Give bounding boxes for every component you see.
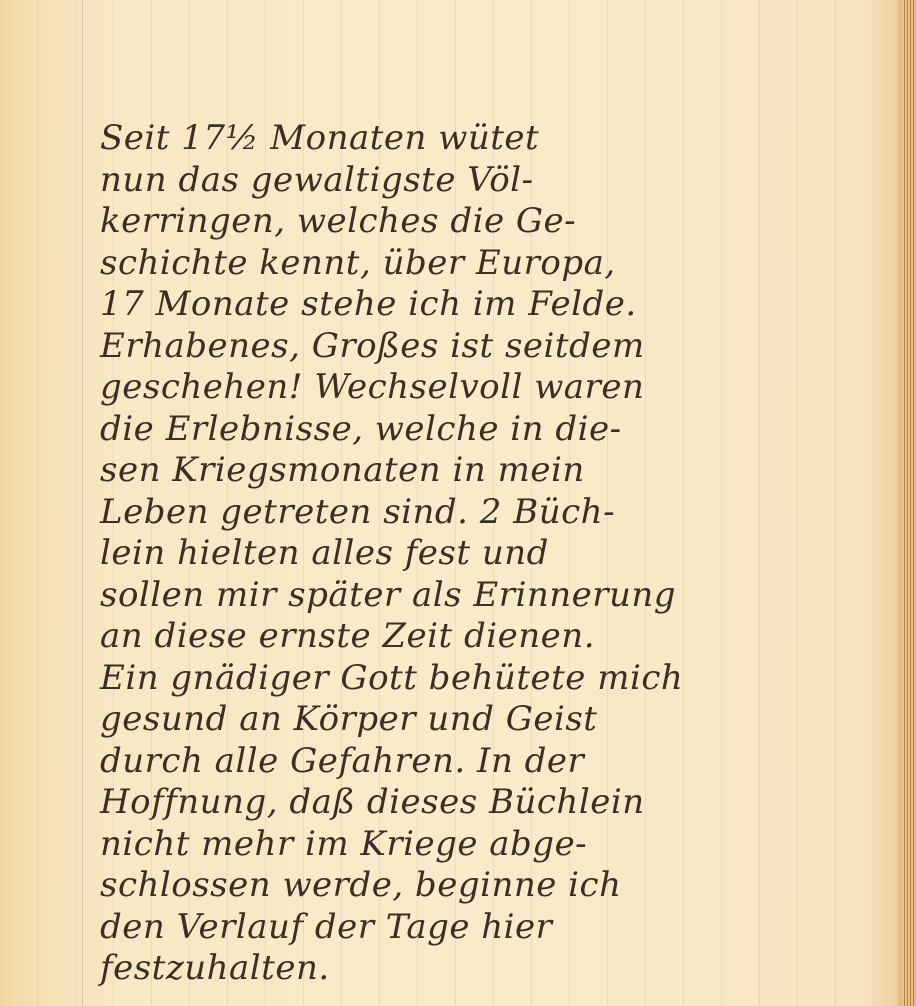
text-line: schichte kennt, über Europa,: [100, 243, 900, 285]
text-line: kerringen, welches die Ge-: [100, 201, 900, 243]
text-line: Seit 17½ Monaten wütet: [100, 118, 900, 160]
text-line: geschehen! Wechselvoll waren: [100, 367, 900, 409]
text-line: sollen mir später als Erinnerung: [100, 575, 900, 617]
text-line: Hoffnung, daß dieses Büchlein: [100, 782, 900, 824]
text-line: sen Kriegsmonaten in mein: [100, 450, 900, 492]
text-line: nicht mehr im Kriege abge-: [100, 824, 900, 866]
text-line: schlossen werde, beginne ich: [100, 865, 900, 907]
text-line: gesund an Körper und Geist: [100, 699, 900, 741]
text-line: den Verlauf der Tage hier: [100, 907, 900, 949]
margin-line: [82, 0, 83, 1006]
text-line: lein hielten alles fest und: [100, 533, 900, 575]
text-line: die Erlebnisse, welche in die-: [100, 409, 900, 451]
text-line: festzuhalten.: [100, 948, 900, 990]
text-line: durch alle Gefahren. In der: [100, 741, 900, 783]
handwritten-text: Seit 17½ Monaten wütet nun das gewaltigs…: [100, 118, 900, 990]
text-line: Ein gnädiger Gott behütete mich: [100, 658, 900, 700]
book-page-edge: [902, 0, 916, 1006]
text-line: 17 Monate stehe ich im Felde.: [100, 284, 900, 326]
text-line: nun das gewaltigste Völ-: [100, 160, 900, 202]
text-line: Erhabenes, Großes ist seitdem: [100, 326, 900, 368]
diary-page: Seit 17½ Monaten wütet nun das gewaltigs…: [0, 0, 916, 1006]
text-line: an diese ernste Zeit dienen.: [100, 616, 900, 658]
text-line: Leben getreten sind. 2 Büch-: [100, 492, 900, 534]
